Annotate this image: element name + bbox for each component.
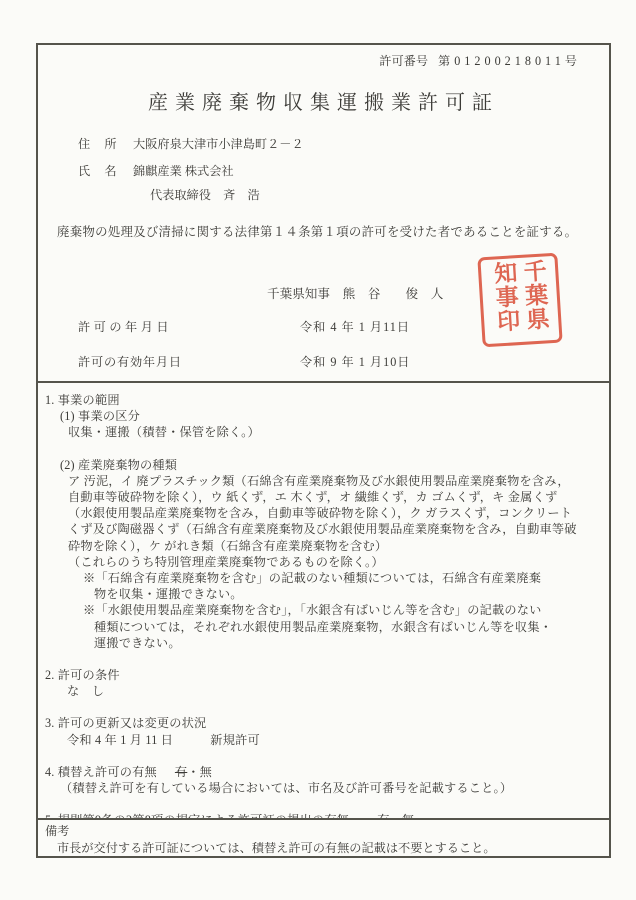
permit-number-value: 第01200218011号 [438, 54, 581, 68]
section-1-sub2-title: (2) 産業廃棄物の種類 [60, 457, 609, 473]
seal-text: 千葉県知事印 [488, 258, 552, 341]
section-2-heading: 2. 許可の条件 [45, 667, 609, 683]
remarks-label: 備考 [45, 823, 609, 840]
waste-types-line: （これらのうち特別管理産業廃棄物であるものを除く。） [68, 554, 609, 570]
remarks-box: 備考 市長が交付する許可証については、積替え許可の有無の記載は不要とすること。 [38, 818, 609, 856]
expiry-date-value: 令和 9 年 1 月10日 [300, 353, 411, 370]
option-separator: ・ [187, 765, 199, 779]
waste-types-line: 自動車等破砕物を除く），ウ 紙くず，エ 木くず，オ 繊維くず，カ ゴムくず，キ … [68, 489, 609, 505]
option-nashi: 無 [200, 765, 212, 779]
section-3-heading: 3. 許可の更新又は変更の状況 [45, 715, 609, 731]
permit-number-label: 許可番号 [379, 54, 428, 68]
permit-sections-box: 1. 事業の範囲 (1) 事業の区分 収集・運搬（積替・保管を除く。） (2) … [38, 381, 609, 818]
waste-types-line: 砕物を除く），ケ がれき類（石綿含有産業廃棄物を含む） [68, 538, 609, 554]
governor-seal: 千葉県知事印 [477, 253, 562, 348]
document-frame: 許可番号第01200218011号 産業廃棄物収集運搬業許可証 住 所 大阪府泉… [36, 43, 611, 858]
permit-upper-area: 許可番号第01200218011号 産業廃棄物収集運搬業許可証 住 所 大阪府泉… [38, 45, 609, 381]
section-4-heading: 4. 積替え許可の有無 [45, 765, 157, 779]
address-value: 大阪府泉大津市小津島町２－２ [133, 137, 304, 151]
name-row: 氏 名 錦麒産業 株式会社 [78, 162, 234, 179]
mercury-note-line: ※「水銀使用製品産業廃棄物を含む」，「水銀含有ばいじん等を含む」の記載のない [83, 602, 609, 618]
governor-name: 千葉県知事 熊 谷 俊 人 [267, 283, 443, 302]
address-label: 住 所 [78, 135, 130, 152]
expiry-date-row: 許可の有効年月日 令和 9 年 1 月10日 [78, 353, 182, 370]
asbestos-note-line: 物を収集・運搬できない。 [94, 586, 609, 602]
declaration-text: 廃棄物の処理及び清掃に関する法律第１４条第１項の許可を受けた者であることを証する… [57, 222, 577, 240]
representative-name: 代表取締役 斉 浩 [150, 186, 260, 203]
section-1-heading: 1. 事業の範囲 [45, 392, 609, 408]
issue-date-value: 令和 4 年 1 月11日 [300, 318, 410, 335]
issue-date-row: 許可の年月日 令和 4 年 1 月11日 [78, 318, 172, 335]
option-ari-struck: 有 [175, 765, 187, 779]
waste-types-line: くず及び陶磁器くず（石綿含有産業廃棄物及び水銀使用製品産業廃棄物を含み，自動車等… [68, 521, 609, 537]
permit-number-row: 許可番号第01200218011号 [379, 52, 581, 69]
waste-types-line: ア 汚泥，イ 廃プラスチック類（石綿含有産業廃棄物及び水銀使用製品産業廃棄物を含… [68, 473, 609, 489]
section-1-sub1-body: 収集・運搬（積替・保管を除く。） [68, 424, 609, 440]
section-4-heading-row: 4. 積替え許可の有無有・無 [45, 764, 609, 780]
section-2-body: な し [67, 683, 609, 699]
expiry-date-label: 許可の有効年月日 [78, 353, 182, 370]
scanned-permit-document: { "colors": { "seal_red": "#d9513a", "in… [0, 0, 636, 900]
company-name: 錦麒産業 株式会社 [133, 164, 234, 178]
document-title: 産業廃棄物収集運搬業許可証 [38, 86, 609, 115]
name-label: 氏 名 [78, 162, 130, 179]
mercury-note-line: 運搬できない。 [94, 635, 609, 651]
remarks-text: 市長が交付する許可証については、積替え許可の有無の記載は不要とすること。 [57, 840, 609, 857]
section-4-note: （積替え許可を有している場合においては、市名及び許可番号を記載すること。） [60, 780, 609, 796]
waste-types-line: （水銀使用製品産業廃棄物を含み，自動車等破砕物を除く），ク ガラスくず，コンクリ… [68, 505, 609, 521]
asbestos-note-line: ※「石綿含有産業廃棄物を含む」の記載のない種類については，石綿含有産業廃棄 [83, 570, 609, 586]
section-3-body: 令和 4 年 1 月 11 日 新規許可 [67, 732, 609, 748]
address-row: 住 所 大阪府泉大津市小津島町２－２ [78, 135, 304, 152]
mercury-note-line: 種類については，それぞれ水銀使用製品産業廃棄物，水銀含有ばいじん等を収集・ [94, 619, 609, 635]
section-1-sub1-title: (1) 事業の区分 [60, 408, 609, 424]
issue-date-label: 許可の年月日 [78, 318, 172, 335]
